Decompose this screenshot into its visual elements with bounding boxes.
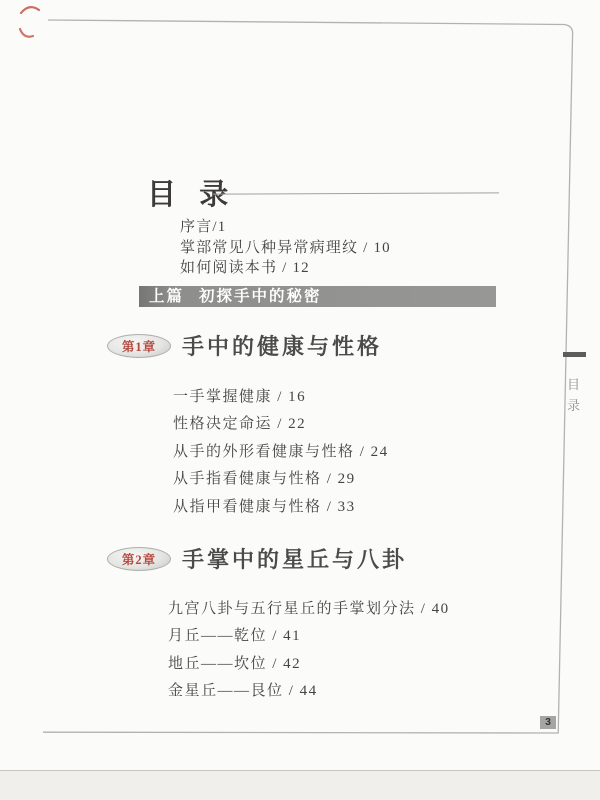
front-matter-list: 序言/1 掌部常见八种异常病理纹 / 10 如何阅读本书 / 12 xyxy=(180,217,391,279)
red-pen-mark-lower xyxy=(20,29,33,37)
front-matter-entry: 掌部常见八种异常病理纹 / 10 xyxy=(180,238,391,259)
front-matter-entry: 如何阅读本书 / 12 xyxy=(180,258,391,279)
page-number-badge: 3 xyxy=(540,716,556,729)
toc-entry: 一手掌握健康 / 16 xyxy=(173,384,389,411)
chapter-2-entries: 九宫八卦与五行星丘的手掌划分法 / 40 月丘——乾位 / 41 地丘——坎位 … xyxy=(168,596,450,705)
toc-entry: 从指甲看健康与性格 / 33 xyxy=(173,494,389,521)
side-tab-char: 目 xyxy=(565,374,582,395)
toc-entry: 从手的外形看健康与性格 / 24 xyxy=(173,439,389,466)
chapter-2-heading: 第2章 手掌中的星丘与八卦 xyxy=(107,543,407,574)
toc-entry: 地丘——坎位 / 42 xyxy=(168,651,450,678)
toc-entry: 金星丘——艮位 / 44 xyxy=(168,678,450,705)
toc-entry: 性格决定命运 / 22 xyxy=(173,411,389,438)
part-banner: 上篇初探手中的秘密 xyxy=(139,286,496,307)
toc-entry: 九宫八卦与五行星丘的手掌划分法 / 40 xyxy=(168,596,450,623)
chapter-1-entries: 一手掌握健康 / 16 性格决定命运 / 22 从手的外形看健康与性格 / 24… xyxy=(173,384,389,521)
chapter-1-badge: 第1章 xyxy=(107,334,171,358)
side-tab-char: 录 xyxy=(565,395,582,416)
side-tab-bar xyxy=(563,352,586,357)
front-matter-entry: 序言/1 xyxy=(180,217,391,238)
title-rule-line xyxy=(213,192,499,194)
chapter-1-title: 手中的健康与性格 xyxy=(182,330,382,361)
chapter-2-title: 手掌中的星丘与八卦 xyxy=(182,543,407,574)
part-title: 初探手中的秘密 xyxy=(199,288,322,305)
toc-entry: 月丘——乾位 / 41 xyxy=(168,623,450,650)
chapter-2-badge: 第2章 xyxy=(107,547,171,571)
scan-bed-edge xyxy=(0,770,600,800)
toc-entry: 从手指看健康与性格 / 29 xyxy=(173,466,389,493)
part-label: 上篇 xyxy=(149,288,184,305)
chapter-1-heading: 第1章 手中的健康与性格 xyxy=(107,330,382,361)
side-tab-label: 目 录 xyxy=(565,374,582,416)
toc-page-title: 目 录 xyxy=(147,172,236,213)
red-pen-mark-top xyxy=(21,7,39,13)
